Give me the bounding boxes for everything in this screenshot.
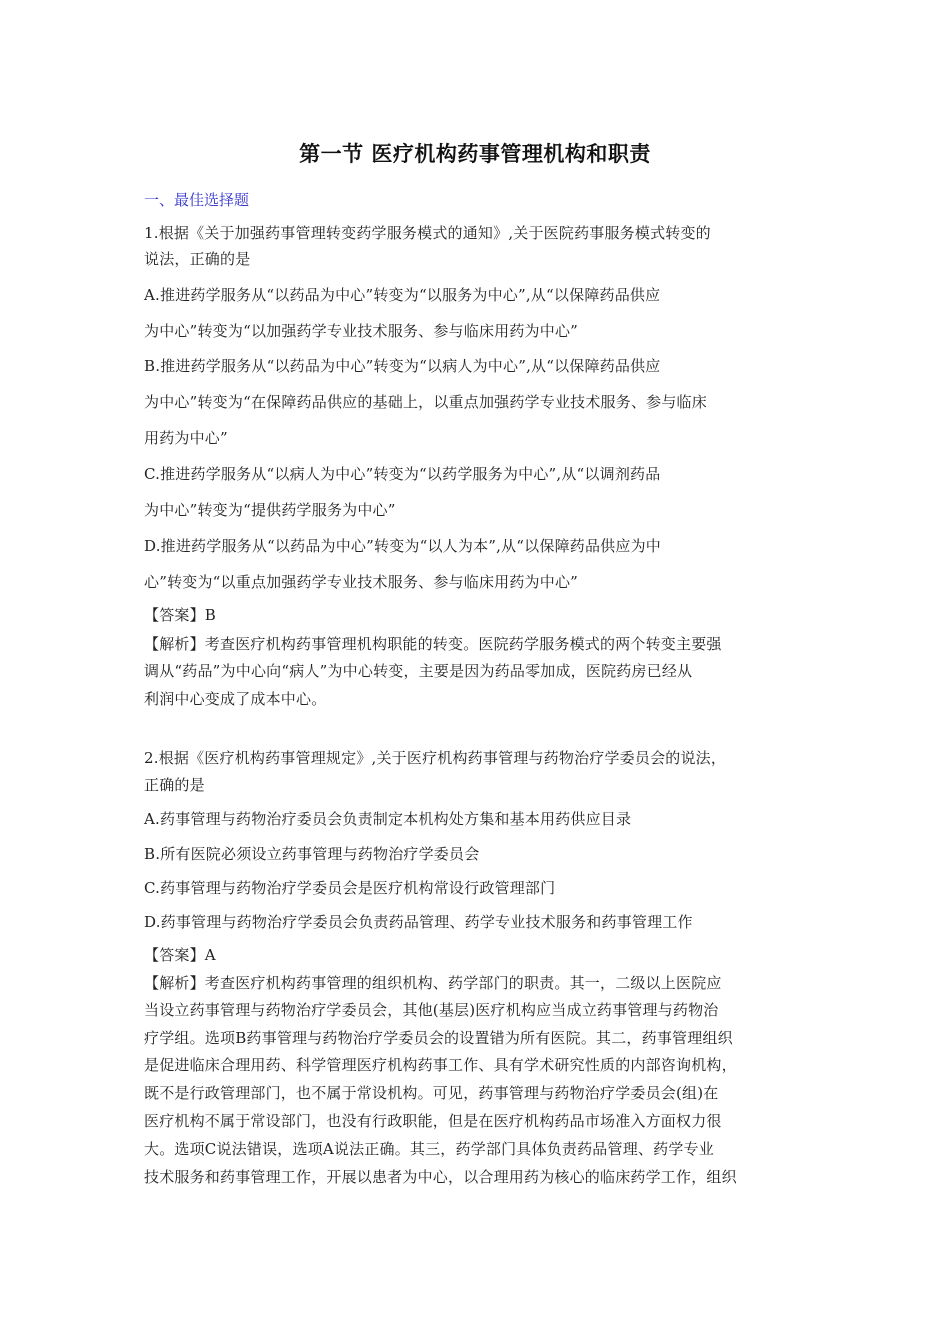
question-2-option-d: D.药事管理与药物治疗学委员会负责药品管理、药学专业技术服务和药事管理工作: [144, 911, 693, 932]
question-2-analysis-line-5: 既不是行政管理部门，也不属于常设机构。可见，药事管理与药物治疗学委员会(组)在: [144, 1082, 719, 1103]
question-1-option-b-line-3: 用药为中心”: [144, 427, 228, 448]
question-2-analysis-line-3: 疗学组。选项B药事管理与药物治疗学委员会的设置错为所有医院。其二，药事管理组织: [144, 1027, 733, 1048]
question-1-option-d-line-2: 心”转变为“以重点加强药学专业技术服务、参与临床用药为中心”: [144, 571, 578, 592]
question-2-stem-line-2: 正确的是: [144, 774, 205, 795]
question-2-analysis-line-1: 【解析】考查医疗机构药事管理的组织机构、药学部门的职责。其一，二级以上医院应: [144, 972, 722, 993]
question-2-analysis-line-4: 是促进临床合理用药、科学管理医疗机构药事工作、具有学术研究性质的内部咨询机构，: [144, 1054, 737, 1075]
question-1-stem-line-1: 1.根据《关于加强药事管理转变药学服务模式的通知》,关于医院药事服务模式转变的: [144, 222, 711, 243]
question-1-stem-line-2: 说法，正确的是: [144, 248, 250, 269]
question-2-stem-line-1: 2.根据《医疗机构药事管理规定》,关于医疗机构药事管理与药物治疗学委员会的说法，: [144, 747, 726, 768]
question-2-answer: 【答案】A: [144, 944, 216, 965]
question-2-option-c: C.药事管理与药物治疗学委员会是医疗机构常设行政管理部门: [144, 877, 555, 898]
question-2-analysis-line-7: 大。选项C说法错误，选项A说法正确。其三，药学部门具体负责药品管理、药学专业: [144, 1138, 714, 1159]
page-title: 第一节 医疗机构药事管理机构和职责: [0, 138, 950, 168]
document-page: 第一节 医疗机构药事管理机构和职责 一、最佳选择题 1.根据《关于加强药事管理转…: [0, 0, 950, 1344]
question-1-answer: 【答案】B: [144, 604, 216, 625]
question-1-analysis-line-2: 调从“药品”为中心向“病人”为中心转变，主要是因为药品零加成，医院药房已经从: [144, 660, 692, 681]
question-1-analysis-line-3: 利润中心变成了成本中心。: [144, 688, 326, 709]
question-2-analysis-line-6: 医疗机构不属于常设部门，也没有行政职能，但是在医疗机构药品市场准入方面权力很: [144, 1110, 722, 1131]
section-heading: 一、最佳选择题: [144, 189, 249, 210]
question-1-option-b-line-2: 为中心”转变为“在保障药品供应的基础上，以重点加强药学专业技术服务、参与临床: [144, 391, 707, 412]
question-2-analysis-line-2: 当设立药事管理与药物治疗学委员会，其他(基层)医疗机构应当成立药事管理与药物治: [144, 999, 719, 1020]
question-1-option-c-line-2: 为中心”转变为“提供药学服务为中心”: [144, 499, 396, 520]
question-2-option-a: A.药事管理与药物治疗委员会负责制定本机构处方集和基本用药供应目录: [144, 808, 631, 829]
question-1-option-a-line-1: A.推进药学服务从“以药品为中心”转变为“以服务为中心”,从“以保障药品供应: [144, 284, 660, 305]
question-2-analysis-line-8: 技术服务和药事管理工作，开展以患者为中心，以合理用药为核心的临床药学工作，组织: [144, 1166, 737, 1187]
question-1-option-b-line-1: B.推进药学服务从“以药品为中心”转变为“以病人为中心”,从“以保障药品供应: [144, 355, 661, 376]
question-1-analysis-line-1: 【解析】考查医疗机构药事管理机构职能的转变。医院药学服务模式的两个转变主要强: [144, 633, 722, 654]
question-1-option-c-line-1: C.推进药学服务从“以病人为中心”转变为“以药学服务为中心”,从“以调剂药品: [144, 463, 660, 484]
question-1-option-a-line-2: 为中心”转变为“以加强药学专业技术服务、参与临床用药为中心”: [144, 320, 578, 341]
question-2-option-b: B.所有医院必须设立药事管理与药物治疗学委员会: [144, 843, 479, 864]
question-1-option-d-line-1: D.推进药学服务从“以药品为中心”转变为“以人为本”,从“以保障药品供应为中: [144, 535, 661, 556]
